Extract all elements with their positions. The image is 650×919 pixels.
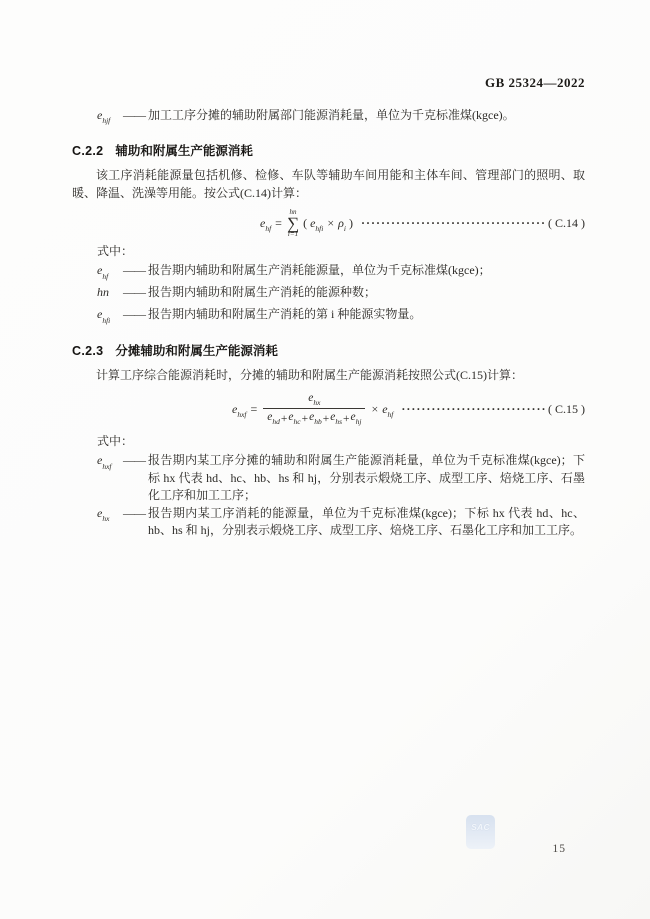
definition-dash: —— (121, 452, 148, 470)
formula-c15-equation: ehxf = ehx ehd + ehc + ehb + ehs + ehj ×… (232, 392, 393, 429)
intro-definition: ehjf —— 加工工序分摊的辅助附属部门能源消耗量，单位为千克标准煤(kgce… (97, 107, 585, 128)
definition-symbol: ehf (97, 262, 121, 284)
formula-c14: ehf = hn ∑ i=1 (ehfi × ρi) ·············… (72, 209, 585, 238)
times-sign: × (326, 216, 335, 231)
dot-leader: ········································… (361, 216, 546, 231)
fraction: ehx ehd + ehc + ehb + ehs + ehj (263, 392, 365, 429)
definition-text: 报告期内某工序分摊的辅助和附属生产能源消耗量，单位为千克标准煤(kgce)；下标… (148, 452, 585, 505)
formula-c15: ehxf = ehx ehd + ehc + ehb + ehs + ehj ×… (72, 392, 585, 429)
definition-symbol: ehx (97, 505, 121, 527)
section-c23-paragraph: 计算工序综合能源消耗时，分摊的辅助和附属生产能源消耗按照公式(C.15)计算： (72, 367, 585, 385)
section-c22-number: C.2.2 (72, 143, 103, 159)
definition-dash: —— (121, 505, 148, 523)
where-label-c14: 式中： (97, 243, 585, 260)
definition-row: ehfi —— 报告期内辅助和附属生产消耗的第 i 种能源实物量。 (97, 306, 585, 328)
equals-sign: = (250, 402, 259, 417)
standard-number: GB 25324—2022 (485, 75, 585, 90)
sac-watermark-text: SAC (471, 822, 490, 849)
section-c23-number: C.2.3 (72, 343, 103, 359)
intro-symbol: ehjf (97, 107, 121, 128)
definition-symbol: hn (97, 284, 121, 306)
close-paren: ) (349, 216, 353, 231)
fraction-numerator: ehx (305, 392, 323, 408)
definition-row: hn —— 报告期内辅助和附属生产消耗的能源种数； (97, 284, 585, 306)
section-c22-paragraph: 该工序消耗能源量包括机修、检修、车队等辅助车间用能和主体车间、管理部门的照明、取… (72, 167, 585, 202)
formula-c15-label: ( C.15 ) (548, 402, 585, 417)
formula-c14-label: ( C.14 ) (548, 216, 585, 231)
definition-text: 报告期内某工序消耗的能源量，单位为千克标准煤(kgce)；下标 hx 代表 hd… (148, 505, 585, 540)
definition-dash: —— (121, 306, 148, 324)
open-paren: ( (303, 216, 307, 231)
equals-sign: = (274, 216, 283, 231)
formula-multiplier: ehf (382, 402, 393, 418)
definition-dash: —— (121, 284, 148, 302)
summation-symbol: hn ∑ i=1 (287, 209, 299, 238)
definition-row: ehxf —— 报告期内某工序分摊的辅助和附属生产能源消耗量，单位为千克标准煤(… (97, 452, 585, 505)
definition-text: 报告期内辅助和附属生产消耗能源量，单位为千克标准煤(kgce)； (148, 262, 585, 280)
times-sign: × (370, 402, 379, 417)
definition-symbol: ehxf (97, 452, 121, 474)
definition-row: ehf —— 报告期内辅助和附属生产消耗能源量，单位为千克标准煤(kgce)； (97, 262, 585, 284)
definition-text: 报告期内辅助和附属生产消耗的第 i 种能源实物量。 (148, 306, 585, 324)
section-c23-heading: C.2.3 分摊辅助和附属生产能源消耗 (72, 343, 585, 359)
fraction-denominator: ehd + ehc + ehb + ehs + ehj (263, 408, 365, 428)
document-page: GB 25324—2022 ehjf —— 加工工序分摊的辅助附属部门能源消耗量… (0, 0, 650, 919)
section-c22-title: 辅助和附属生产能源消耗 (115, 143, 253, 159)
definitions-c14: ehf —— 报告期内辅助和附属生产消耗能源量，单位为千克标准煤(kgce)； … (97, 262, 585, 328)
definition-text: 报告期内辅助和附属生产消耗的能源种数； (148, 284, 585, 302)
definition-dash: —— (121, 107, 148, 128)
formula-c14-equation: ehf = hn ∑ i=1 (ehfi × ρi) (260, 209, 353, 238)
formula-factor1: ehfi (310, 216, 323, 232)
section-c22-heading: C.2.2 辅助和附属生产能源消耗 (72, 143, 585, 159)
definition-dash: —— (121, 262, 148, 280)
definitions-c15: ehxf —— 报告期内某工序分摊的辅助和附属生产能源消耗量，单位为千克标准煤(… (97, 452, 585, 540)
page-number: 15 (553, 843, 567, 855)
formula-factor2: ρi (338, 216, 346, 232)
section-c23-title: 分摊辅助和附属生产能源消耗 (115, 343, 278, 359)
sac-watermark: SAC (466, 815, 495, 849)
page-header: GB 25324—2022 (72, 76, 585, 90)
formula-lhs: ehxf (232, 402, 247, 418)
where-label-c15: 式中： (97, 433, 585, 450)
definition-row: ehx —— 报告期内某工序消耗的能源量，单位为千克标准煤(kgce)；下标 h… (97, 505, 585, 540)
dot-leader: ········································… (401, 402, 546, 417)
intro-definition-text: 加工工序分摊的辅助附属部门能源消耗量，单位为千克标准煤(kgce)。 (148, 107, 585, 128)
formula-lhs: ehf (260, 216, 271, 232)
definition-symbol: ehfi (97, 306, 121, 328)
